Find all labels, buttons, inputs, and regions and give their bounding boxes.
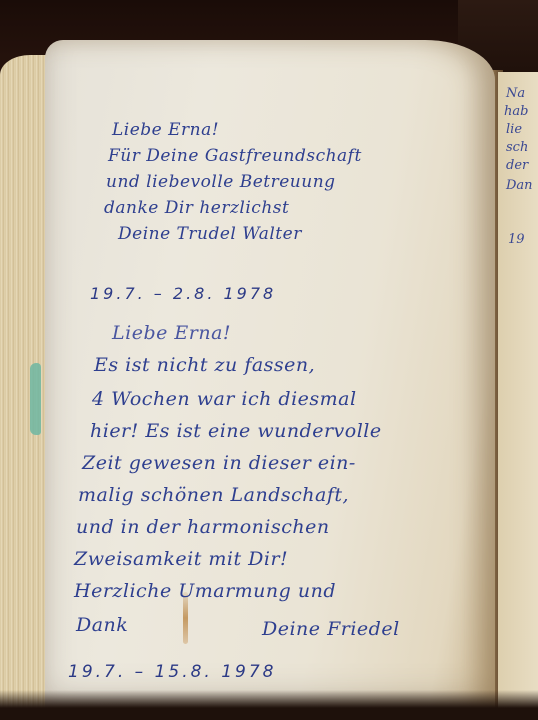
entry-date: 19.7. – 15.8. 1978 xyxy=(68,662,277,682)
entry-signature: Deine Trudel Walter xyxy=(118,224,302,244)
entry-greeting: Liebe Erna! xyxy=(112,322,231,344)
entry-line: hier! Es ist eine wundervolle xyxy=(90,420,382,442)
facing-page-fragment: lie xyxy=(506,122,522,137)
facing-page: Na hab lie sch der Dan 19 xyxy=(498,72,538,717)
facing-page-fragment: Dan xyxy=(506,178,533,193)
facing-page-fragment: 19 xyxy=(508,232,525,247)
page-bottom-shadow xyxy=(0,690,538,720)
entry-line: Es ist nicht zu fassen, xyxy=(94,354,315,376)
entry-line: und liebevolle Betreuung xyxy=(106,172,336,192)
entry-line: Zeit gewesen in dieser ein- xyxy=(82,452,356,474)
entry-date: 19.7. – 2.8. 1978 xyxy=(90,284,276,303)
entry-line: und in der harmonischen xyxy=(76,516,330,538)
green-ink-stain xyxy=(30,363,41,435)
facing-page-fragment: hab xyxy=(504,104,528,119)
entry-line: malig schönen Landschaft, xyxy=(78,484,349,506)
entry-line: Zweisamkeit mit Dir! xyxy=(74,548,288,570)
entry-line: 4 Wochen war ich diesmal xyxy=(92,388,357,410)
entry-line: Für Deine Gastfreundschaft xyxy=(108,146,362,166)
facing-page-fragment: Na xyxy=(506,86,525,101)
entry-greeting: Liebe Erna! xyxy=(112,120,219,140)
entry-line: danke Dir herzlichst xyxy=(104,198,289,218)
entry-signature: Deine Friedel xyxy=(262,618,400,640)
entry-line: Dank xyxy=(76,614,128,636)
facing-page-fragment: sch xyxy=(506,140,528,155)
entry-line: Herzliche Umarmung und xyxy=(74,580,336,602)
facing-page-fragment: der xyxy=(506,158,528,173)
